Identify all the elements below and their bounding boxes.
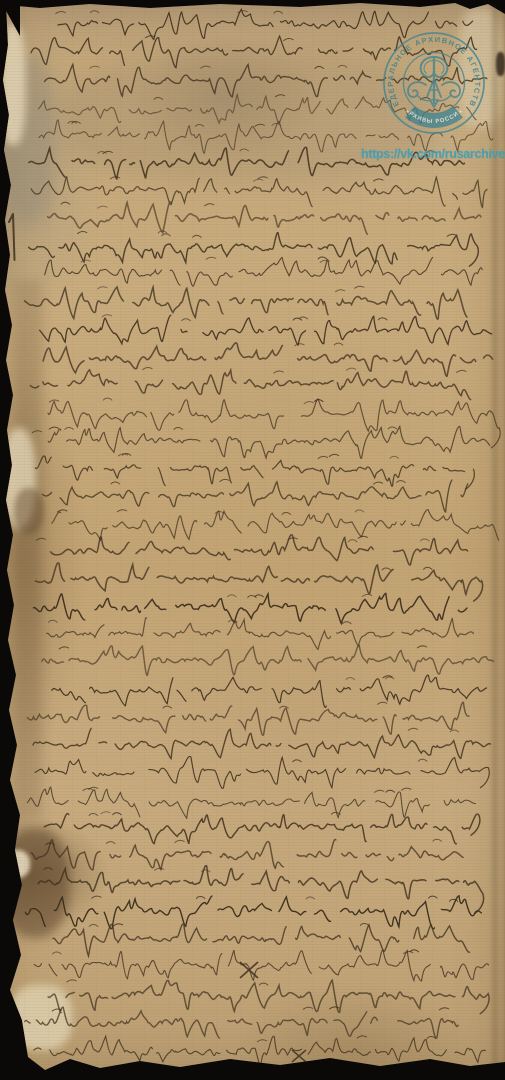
folio-number-mark bbox=[9, 214, 15, 260]
archive-stamp: ФЕДЕРАЛЬНОЕ АРХИВНОЕ АГЕНТСТВО АРХИВЫ РО… bbox=[382, 31, 486, 135]
stamp-dot bbox=[406, 110, 408, 112]
manuscript-page bbox=[0, 0, 505, 1080]
stamp-dot bbox=[459, 110, 461, 112]
url-watermark: https://vk.com/rusarchives bbox=[361, 147, 501, 161]
rosarkhiv-monogram-icon bbox=[408, 57, 460, 107]
handwriting-lines bbox=[0, 0, 505, 1080]
manuscript-scan: ФЕДЕРАЛЬНОЕ АРХИВНОЕ АГЕНТСТВО АРХИВЫ РО… bbox=[0, 0, 505, 1080]
